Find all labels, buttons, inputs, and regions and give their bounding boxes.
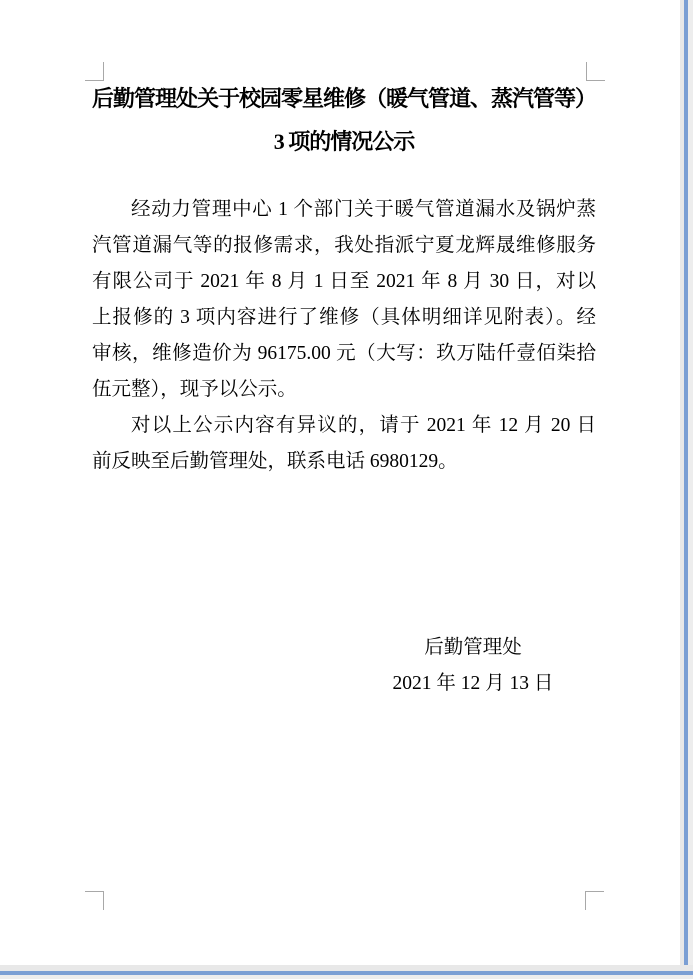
window-border-right bbox=[680, 0, 693, 979]
paragraph-2-line-1: 对以上公示内容有异议的，请于 2021 年 12 月 20 日 bbox=[92, 408, 596, 444]
paragraph-2: 对以上公示内容有异议的，请于 2021 年 12 月 20 日 前反映至后勤管理… bbox=[92, 408, 596, 480]
paragraph-1-line-3: 有限公司于 2021 年 8 月 1 日至 2021 年 8 月 30 日，对以 bbox=[92, 264, 596, 300]
paragraph-1-line-1: 经动力管理中心 1 个部门关于暖气管道漏水及锅炉蒸 bbox=[92, 192, 596, 228]
window-border-bottom bbox=[0, 965, 693, 979]
document-title-line-2: 3 项的情况公示 bbox=[92, 120, 596, 163]
margin-crop-mark-bottom-right bbox=[585, 891, 604, 910]
paragraph-1-line-2: 汽管道漏气等的报修需求，我处指派宁夏龙辉晟维修服务 bbox=[92, 228, 596, 264]
margin-crop-mark-bottom-left bbox=[85, 891, 104, 910]
signature-block: 后勤管理处 2021 年 12 月 13 日 bbox=[350, 630, 596, 702]
document-title-line-1: 后勤管理处关于校园零星维修（暖气管道、蒸汽管等） bbox=[92, 77, 596, 120]
signature-organization: 后勤管理处 bbox=[350, 630, 596, 666]
document-page: 后勤管理处关于校园零星维修（暖气管道、蒸汽管等） 3 项的情况公示 经动力管理中… bbox=[0, 0, 693, 979]
paragraph-1-line-4: 上报修的 3 项内容进行了维修（具体明细详见附表）。经 bbox=[92, 300, 596, 336]
document-title: 后勤管理处关于校园零星维修（暖气管道、蒸汽管等） 3 项的情况公示 bbox=[92, 77, 596, 163]
signature-date: 2021 年 12 月 13 日 bbox=[350, 666, 596, 702]
paragraph-1: 经动力管理中心 1 个部门关于暖气管道漏水及锅炉蒸 汽管道漏气等的报修需求，我处… bbox=[92, 192, 596, 408]
document-content: 后勤管理处关于校园零星维修（暖气管道、蒸汽管等） 3 项的情况公示 经动力管理中… bbox=[92, 77, 596, 702]
paragraph-1-line-6: 伍元整），现予以公示。 bbox=[92, 372, 596, 408]
paragraph-2-line-2: 前反映至后勤管理处，联系电话 6980129。 bbox=[92, 444, 596, 480]
document-body: 经动力管理中心 1 个部门关于暖气管道漏水及锅炉蒸 汽管道漏气等的报修需求，我处… bbox=[92, 192, 596, 480]
paragraph-1-line-5: 审核，维修造价为 96175.00 元（大写：玖万陆仟壹佰柒拾 bbox=[92, 336, 596, 372]
